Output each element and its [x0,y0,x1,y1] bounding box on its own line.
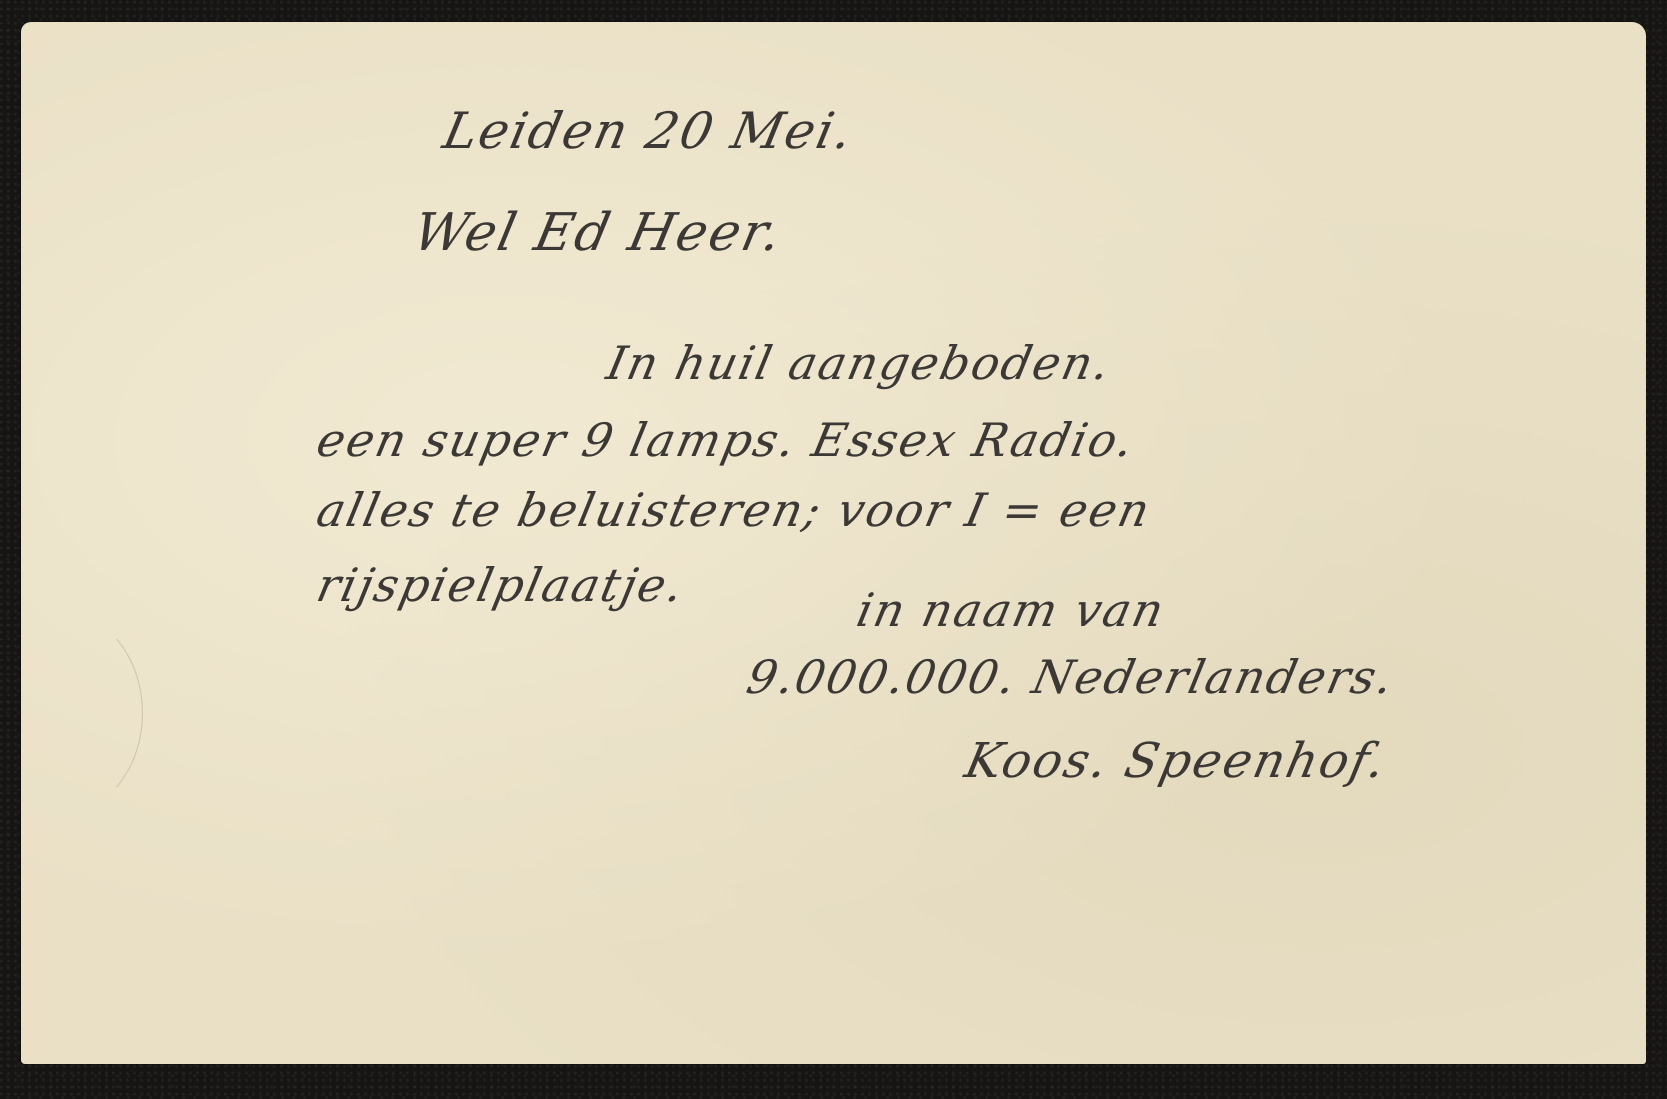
salutation: Wel Ed Heer. [409,207,788,259]
date-line: Leiden 20 Mei. [439,106,858,156]
body-line-1: In huil aangeboden. [603,340,1116,386]
body-line-2: een super 9 lamps. Essex Radio. [313,417,1139,463]
signature: Koos. Speenhof. [961,737,1391,785]
body-line-4-continuation: in naam van [853,587,1169,633]
body-line-4: rijspielplaatje. [313,562,689,608]
postcard: Leiden 20 Mei. Wel Ed Heer. In huil aang… [21,22,1646,1064]
closing-line: 9.000.000. Nederlanders. [743,654,1399,700]
body-line-3: alles te beluisteren; voor I = een [313,487,1155,533]
faint-circular-stamp-mark [0,612,143,814]
